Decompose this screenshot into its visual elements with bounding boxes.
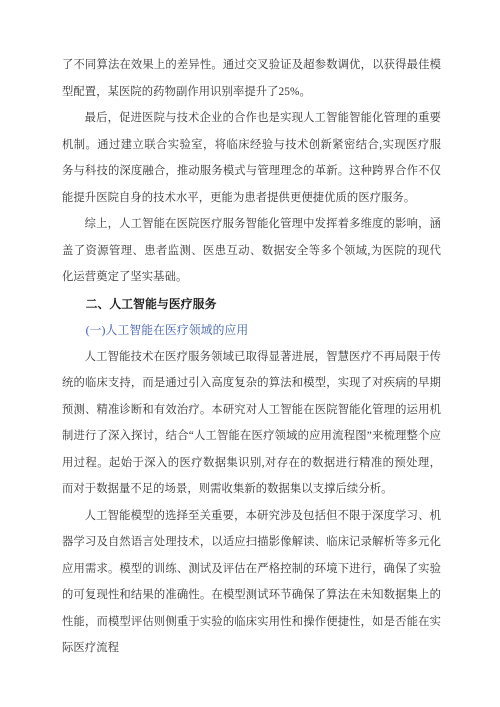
paragraph: 人工智能技术在医疗服务领域已取得显著进展，智慧医疗不再局限于传统的临床支持，而是… xyxy=(62,344,441,503)
subsection-heading: (一)人工智能在医疗领域的应用 xyxy=(62,317,441,344)
section-heading: 二、人工智能与医疗服务 xyxy=(62,291,441,318)
paragraph-continuation: 了不同算法在效果上的差异性。通过交叉验证及超参数调优，以获得最佳模型配置，某医院… xyxy=(62,52,441,105)
paragraph: 最后，促进医院与技术企业的合作也是实现人工智能智能化管理的重要机制。通过建立联合… xyxy=(62,105,441,211)
document-page: 了不同算法在效果上的差异性。通过交叉验证及超参数调优，以获得最佳模型配置，某医院… xyxy=(0,0,500,707)
paragraph: 综上，人工智能在医院医疗服务智能化管理中发挥着多维度的影响，涵盖了资源管理、患者… xyxy=(62,211,441,291)
paragraph: 人工智能模型的选择至关重要，本研究涉及包括但不限于深度学习、机器学习及自然语言处… xyxy=(62,503,441,662)
